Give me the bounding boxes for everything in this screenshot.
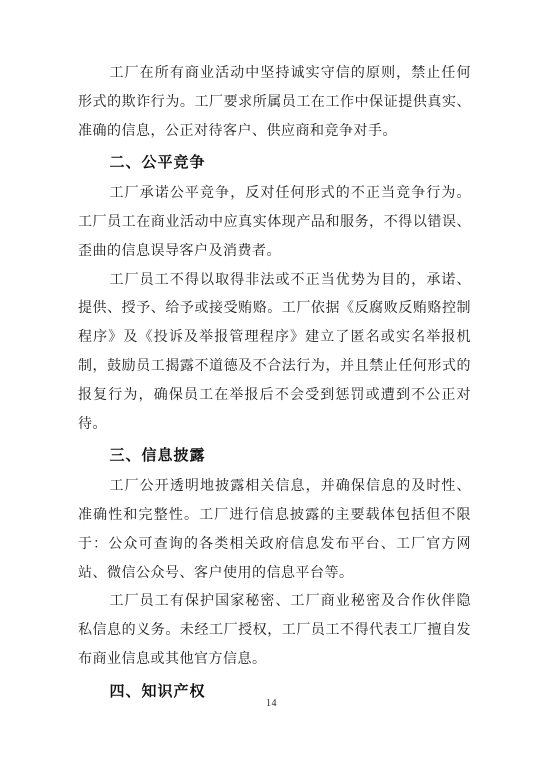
document-page: 工厂在所有商业活动中坚持诚实守信的原则，禁止任何形式的欺诈行为。工厂要求所属员工… [0, 0, 543, 768]
page-number: 14 [0, 698, 543, 709]
section-heading: 三、信息披露 [78, 442, 471, 471]
paragraph: 工厂在所有商业活动中坚持诚实守信的原则，禁止任何形式的欺诈行为。工厂要求所属员工… [78, 60, 471, 146]
section-heading: 二、公平竞争 [78, 149, 471, 178]
paragraph: 工厂公开透明地披露相关信息，并确保信息的及时性、准确性和完整性。工厂进行信息披露… [78, 473, 471, 588]
paragraph: 工厂员工有保护国家秘密、工厂商业秘密及合作伙伴隐私信息的义务。未经工厂授权，工厂… [78, 588, 471, 674]
document-content: 工厂在所有商业活动中坚持诚实守信的原则，禁止任何形式的欺诈行为。工厂要求所属员工… [78, 60, 471, 709]
paragraph: 工厂承诺公平竞争，反对任何形式的不正当竞争行为。工厂员工在商业活动中应真实体现产… [78, 180, 471, 266]
paragraph: 工厂员工不得以取得非法或不正当优势为目的，承诺、提供、授予、给予或接受贿赂。工厂… [78, 267, 471, 440]
